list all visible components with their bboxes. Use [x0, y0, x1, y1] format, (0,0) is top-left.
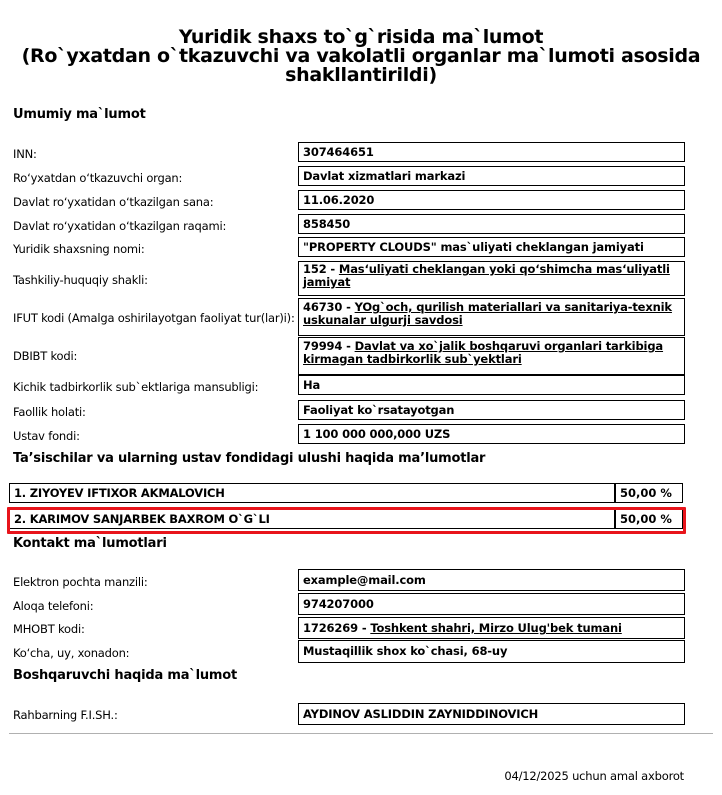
value-legal-form: 152 - Mas‘uliyati cheklangan yoki qo‘shi… [298, 261, 685, 296]
value-inn: 307464651 [298, 142, 685, 162]
section-contact-heading: Kontakt ma`lumotlari [13, 536, 167, 551]
label-legal-name: Yuridik shaxsning nomi: [13, 242, 145, 256]
legal-form-code: 152 [303, 262, 327, 276]
mhobt-code: 1726269 [303, 621, 358, 635]
page-title: Yuridik shaxs to`g`risida ma`lumot (Ro`y… [0, 28, 722, 85]
founder-name: 1. ZIYOYEV IFTIXOR AKMALOVICH [9, 483, 615, 503]
dbibt-link[interactable]: Davlat va xo`jalik boshqaruvi organlari … [303, 339, 663, 366]
value-charter-fund: 1 100 000 000,000 UZS [298, 424, 685, 444]
value-ifut-code: 46730 - YOg`och, qurilish materiallari v… [298, 298, 685, 336]
ifut-code: 46730 [303, 300, 342, 314]
label-manager-name: Rahbarning F.I.SH.: [13, 708, 118, 722]
value-address: Mustaqillik shox ko`chasi, 68-uy [298, 640, 685, 663]
value-dbibt-code: 79994 - Davlat va xo`jalik boshqaruvi or… [298, 337, 685, 375]
label-small-business: Kichik tadbirkorlik sub`ektlariga mansub… [13, 380, 258, 394]
title-line-3: shakllantirildi) [0, 66, 722, 85]
value-activity-status: Faoliyat ko`rsatayotgan [298, 400, 685, 420]
value-registration-date: 11.06.2020 [298, 190, 685, 210]
value-email: example@mail.com [298, 569, 685, 591]
section-manager-heading: Boshqaruvchi haqida ma`lumot [13, 668, 237, 683]
value-small-business: Ha [298, 375, 685, 395]
value-phone: 974207000 [298, 593, 685, 615]
label-registration-date: Davlat ro‘yxatidan o‘tkazilgan sana: [13, 195, 213, 209]
value-registration-number: 858450 [298, 214, 685, 234]
label-mhobt-code: MHOBT kodi: [13, 622, 85, 636]
mhobt-link[interactable]: Toshkent shahri, Mirzo Ulug'bek tumani [370, 621, 621, 635]
label-phone: Aloqa telefoni: [13, 599, 93, 613]
value-manager-name: AYDINOV ASLIDDIN ZAYNIDDINOVICH [298, 703, 685, 725]
label-charter-fund: Ustav fondi: [13, 429, 80, 443]
label-email: Elektron pochta manzili: [13, 575, 148, 589]
label-legal-form: Tashkiliy-huquqiy shakli: [13, 273, 148, 287]
value-registering-organ: Davlat xizmatlari markazi [298, 166, 685, 186]
section-founders-heading: Ta’sischilar va ularning ustav fondidagi… [13, 451, 485, 466]
label-address: Ko‘cha, uy, xonadon: [13, 646, 129, 660]
dbibt-code: 79994 [303, 339, 342, 353]
label-registering-organ: Ro‘yxatdan o‘tkazuvchi organ: [13, 171, 182, 185]
divider [9, 733, 713, 734]
label-registration-number: Davlat ro‘yxatidan o‘tkazilgan raqami: [13, 219, 226, 233]
founder-row: 1. ZIYOYEV IFTIXOR AKMALOVICH 50,00 % [9, 483, 681, 503]
label-inn: INN: [13, 147, 37, 161]
footer-note: 04/12/2025 uchun amal axborot [504, 769, 684, 783]
founder-share: 50,00 % [615, 483, 683, 503]
highlight-box [7, 507, 686, 534]
value-legal-name: "PROPERTY CLOUDS" mas`uliyati cheklangan… [298, 237, 685, 257]
section-general-heading: Umumiy ma`lumot [13, 107, 146, 122]
label-activity-status: Faollik holati: [13, 405, 86, 419]
value-mhobt-code: 1726269 - Toshkent shahri, Mirzo Ulug'be… [298, 617, 685, 639]
label-dbibt-code: DBIBT kodi: [13, 349, 77, 363]
legal-form-link[interactable]: Mas‘uliyati cheklangan yoki qo‘shimcha m… [303, 262, 670, 289]
label-ifut-code: IFUT kodi (Amalga oshirilayotgan faoliya… [13, 311, 295, 325]
ifut-link[interactable]: YOg`och, qurilish materiallari va sanita… [303, 300, 672, 327]
